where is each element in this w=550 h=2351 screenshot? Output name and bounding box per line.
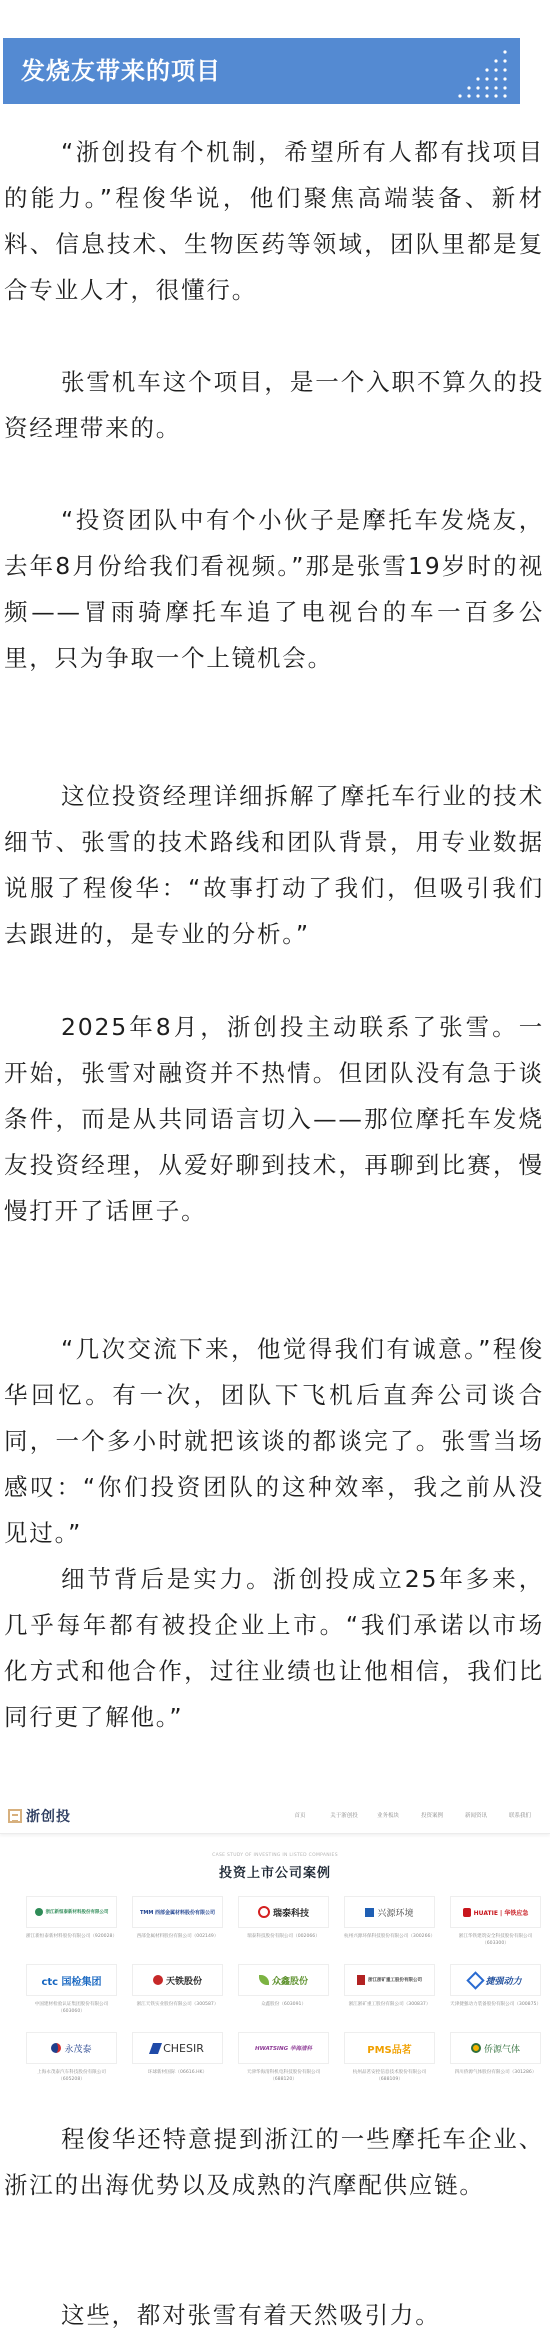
company-card: 瑞泰科技 瑞泰科技股份有限公司（002066） — [238, 1896, 329, 1964]
embedded-nav-item: 首页 — [278, 1811, 322, 1819]
embedded-logo: 浙创投 — [8, 1806, 71, 1826]
company-card: 众鑫股份 众鑫股份（603091） — [238, 1964, 329, 2032]
article-paragraph: 细节背后是实力。浙创投成立25年多来，几乎每年都有被投企业上市。“我们承诺以市场… — [4, 1556, 544, 1740]
company-card: 侨源气体 四川侨源气体股份有限公司（301286） — [450, 2032, 541, 2100]
article-paragraph: “几次交流下来，他觉得我们有诚意。”程俊华回忆。有一次，团队下飞机后直奔公司谈合… — [4, 1326, 544, 1556]
company-logo: 侨源气体 — [450, 2032, 541, 2064]
slash-mark-icon — [149, 2043, 162, 2054]
embedded-nav-item: 关于浙创投 — [322, 1811, 366, 1819]
article-paragraph: 这位投资经理详细拆解了摩托车行业的技术细节、张雪的技术路线和团队背景，用专业数据… — [4, 773, 544, 957]
company-logo: 众鑫股份 — [238, 1964, 329, 1996]
leaf-icon — [259, 1975, 269, 1985]
seal-icon — [357, 1975, 365, 1985]
company-logo: HWATSING 华海清科 — [238, 2032, 329, 2064]
shield-icon — [463, 1908, 471, 1917]
company-card: TMM 西部金属材料股份有限公司 西部金属材料股份有限公司（002149） — [132, 1896, 223, 1964]
embedded-menu: 首页 关于浙创投 业务板块 投资案例 新闻资讯 联系我们 — [278, 1811, 542, 1819]
company-card: HUATIE | 华铁应急 浙江华铁建筑安全科技股份有限公司（603300） — [450, 1896, 541, 1964]
company-card: CHESIR 环球新材国际（06616.HK） — [132, 2032, 223, 2100]
globe-emblem-icon — [471, 2043, 481, 2053]
company-card: HWATSING 华海清科 天津华海清科机电科技股份有限公司（688120） — [238, 2032, 329, 2100]
section-header-bar: 发烧友带来的项目 — [3, 38, 520, 104]
embedded-subtitle: CASE STUDY OF INVESTING IN LISTED COMPAN… — [0, 1853, 550, 1858]
embedded-website-screenshot: 浙创投 首页 关于浙创投 业务板块 投资案例 新闻资讯 联系我们 CASE ST… — [0, 1800, 550, 2070]
company-logo: 浙江浙矿重工股份有限公司 — [344, 1964, 435, 1996]
company-card: 浙江浙矿重工股份有限公司 浙江浙矿重工股份有限公司（300837） — [344, 1964, 435, 2032]
company-logo: 浙江新恒泰新材料股份有限公司 — [26, 1896, 117, 1928]
company-logo: 天铁股份 — [132, 1964, 223, 1996]
company-logo: ctc 国检集团 — [26, 1964, 117, 1996]
swirl-circle-icon — [51, 2043, 61, 2053]
section-title: 发烧友带来的项目 — [21, 52, 221, 90]
company-logo: 瑞泰科技 — [238, 1896, 329, 1928]
ring-icon — [258, 1906, 270, 1918]
article-paragraph: “投资团队中有个小伙子是摩托车发烧友，去年8月份给我们看视频。”那是张雪19岁时… — [4, 497, 544, 681]
article-paragraph: 2025年8月，浙创投主动联系了张雪。一开始，张雪对融资并不热情。但团队没有急于… — [4, 1004, 544, 1234]
x-square-icon — [365, 1908, 374, 1917]
company-logo: HUATIE | 华铁应急 — [450, 1896, 541, 1928]
company-card: 捷强动力 天津捷强动力装备股份有限公司（300875） — [450, 1964, 541, 2032]
article-paragraph: 程俊华还特意提到浙江的一些摩托车企业、浙江的出海优势以及成熟的汽摩配供应链。 — [4, 2116, 544, 2208]
company-card: ctc 国检集团 中国建材检验认证集团股份有限公司（603060） — [26, 1964, 117, 2032]
embedded-nav-item: 业务板块 — [366, 1811, 410, 1819]
leaf-circle-icon — [35, 1908, 43, 1916]
company-logo: 捷强动力 — [450, 1964, 541, 1996]
company-card: PMS品茗 杭州品茗安控信息技术股份有限公司（688109） — [344, 2032, 435, 2100]
circle-emblem-icon — [153, 1975, 163, 1985]
embedded-nav-item: 联系我们 — [498, 1811, 542, 1819]
article-page: 发烧友带来的项目 “浙创投有个机制，希望所有人都有找项目的能力。”程俊华说，他们… — [0, 0, 550, 2351]
company-logo: 永茂泰 — [26, 2032, 117, 2064]
embedded-logo-text: 浙创投 — [26, 1806, 71, 1826]
article-paragraph: “浙创投有个机制，希望所有人都有找项目的能力。”程俊华说，他们聚焦高端装备、新材… — [4, 129, 544, 313]
embedded-heading: 投资上市公司案例 — [0, 1862, 550, 1881]
embedded-nav-item: 投资案例 — [410, 1811, 454, 1819]
company-logo: CHESIR — [132, 2032, 223, 2064]
company-card: 天铁股份 浙江天铁实业股份有限公司（300587） — [132, 1964, 223, 2032]
company-logo: PMS品茗 — [344, 2032, 435, 2064]
embedded-nav-bar: 浙创投 首页 关于浙创投 业务板块 投资案例 新闻资讯 联系我们 — [0, 1800, 550, 1834]
company-logo-grid: 浙江新恒泰新材料股份有限公司 浙江新恒泰新材料股份有限公司（920028） TM… — [26, 1896, 526, 2100]
company-card: 浙江新恒泰新材料股份有限公司 浙江新恒泰新材料股份有限公司（920028） — [26, 1896, 117, 1964]
embedded-nav-item: 新闻资讯 — [454, 1811, 498, 1819]
company-card: 兴源环境 杭州兴源环保科技股份有限公司（300266） — [344, 1896, 435, 1964]
article-paragraph: 这些，都对张雪有着天然吸引力。 — [4, 2292, 544, 2338]
brand-mark-icon — [8, 1809, 22, 1823]
company-card: 永茂泰 上海永茂泰汽车科技股份有限公司（605208） — [26, 2032, 117, 2100]
company-logo: 兴源环境 — [344, 1896, 435, 1928]
article-paragraph: 张雪机车这个项目，是一个入职不算久的投资经理带来的。 — [4, 359, 544, 451]
hexagon-icon — [467, 1971, 485, 1989]
company-logo: TMM 西部金属材料股份有限公司 — [132, 1896, 223, 1928]
dot-pattern-icon — [454, 48, 510, 98]
